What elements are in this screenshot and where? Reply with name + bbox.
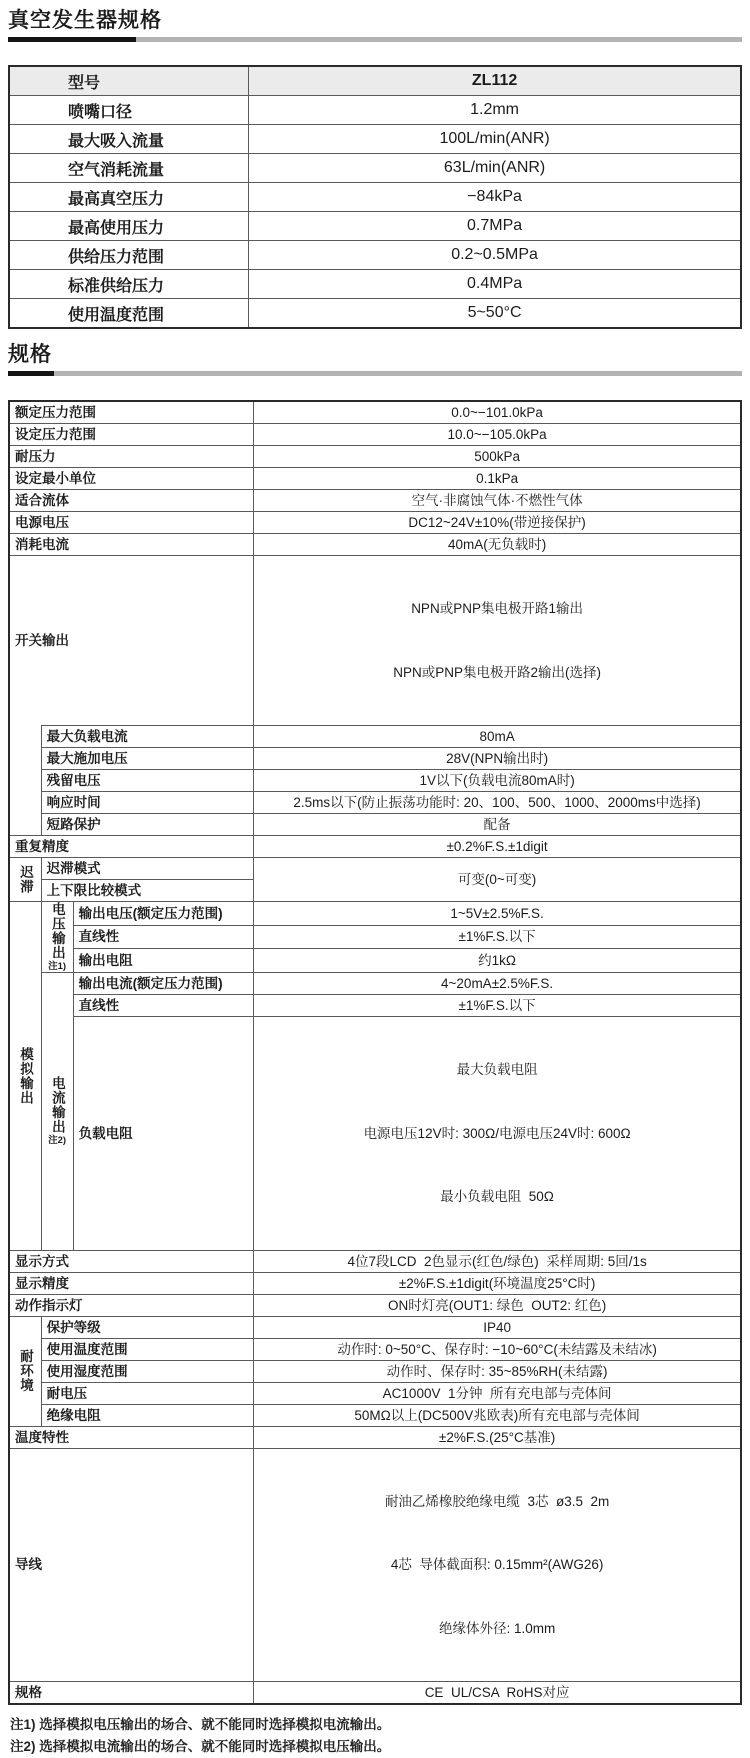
generator-section-title: 真空发生器规格	[8, 8, 742, 34]
table-row: 耐环境 保护等级 IP40	[9, 1316, 741, 1338]
table-row: 使用温度范围 动作时: 0~50°C、保存时: −10~60°C(未结露及未结冰…	[9, 1338, 741, 1360]
row-value-line: 耐油乙烯橡胶绝缘电缆 3芯 ø3.5 2m	[256, 1491, 738, 1513]
row-label: 最大施加电压	[41, 748, 254, 770]
row-value: AC1000V 1分钟 所有充电部与壳体间	[254, 1382, 741, 1404]
row-label: 绝缘电阻	[41, 1404, 254, 1426]
table-row: 最大施加电压 28V(NPN输出时)	[9, 748, 741, 770]
table-row: 显示精度 ±2%F.S.±1digit(环境温度25°C时)	[9, 1272, 741, 1294]
table-row: 显示方式 4位7段LCD 2色显示(红色/绿色) 采样周期: 5回/1s	[9, 1250, 741, 1272]
row-value: 动作时、保存时: 35~85%RH(未结露)	[254, 1360, 741, 1382]
row-label: 显示精度	[9, 1272, 254, 1294]
row-value: 0.0~−101.0kPa	[254, 401, 741, 424]
spec-title-rule-accent	[8, 371, 54, 376]
row-value: ON时灯亮(OUT1: 绿色 OUT2: 红色)	[254, 1294, 741, 1316]
table-row: 耐电压 AC1000V 1分钟 所有充电部与壳体间	[9, 1382, 741, 1404]
row-label: 使用温度范围	[9, 299, 249, 329]
row-label: 直线性	[73, 925, 254, 949]
row-label: 最大负载电流	[41, 726, 254, 748]
table-row: 重复精度 ±0.2%F.S.±1digit	[9, 836, 741, 858]
row-value: 0.4MPa	[249, 270, 741, 299]
table-row: 电源电压 DC12~24V±10%(带逆接保护)	[9, 512, 741, 534]
row-value: 耐油乙烯橡胶绝缘电缆 3芯 ø3.5 2m 4芯 导体截面积: 0.15mm²(…	[254, 1448, 741, 1682]
row-value-line: 最小负载电阻 50Ω	[256, 1186, 738, 1208]
row-label: 空气消耗流量	[9, 154, 249, 183]
row-value-line: NPN或PNP集电极开路1输出	[256, 598, 738, 620]
row-value: ±2%F.S.±1digit(环境温度25°C时)	[254, 1272, 741, 1294]
table-row: 温度特性 ±2%F.S.(25°C基准)	[9, 1426, 741, 1448]
row-label: 输出电阻	[73, 949, 254, 973]
switch-output-group-label: 开关输出	[9, 556, 254, 726]
row-value: 0.2~0.5MPa	[249, 241, 741, 270]
row-value: 最大负载电阻 电源电压12V时: 300Ω/电源电压24V时: 600Ω 最小负…	[254, 1017, 741, 1251]
row-value: CE UL/CSA RoHS对应	[254, 1682, 741, 1705]
row-value-line: 4芯 导体截面积: 0.15mm²(AWG26)	[256, 1554, 738, 1576]
row-label: 残留电压	[41, 770, 254, 792]
row-value: ±0.2%F.S.±1digit	[254, 836, 741, 858]
footnotes: 注1) 选择模拟电压输出的场合、就不能同时选择模拟电流输出。 注2) 选择模拟电…	[8, 1714, 742, 1758]
row-label: 消耗电流	[9, 534, 254, 556]
generator-title-rule	[8, 37, 742, 42]
table-row: 标准供给压力 0.4MPa	[9, 270, 741, 299]
row-value: 5~50°C	[249, 299, 741, 329]
generator-title-rule-accent	[8, 37, 136, 42]
switch-output-indent-strip	[9, 726, 41, 836]
row-label: 动作指示灯	[9, 1294, 254, 1316]
row-label: 迟滞模式	[41, 858, 254, 880]
row-label: 直线性	[73, 995, 254, 1017]
row-value: ±1%F.S.以下	[254, 925, 741, 949]
row-label: 短路保护	[41, 814, 254, 836]
row-value: ±1%F.S.以下	[254, 995, 741, 1017]
table-row: 短路保护 配备	[9, 814, 741, 836]
row-label: 标准供给压力	[9, 270, 249, 299]
row-label: 最高真空压力	[9, 183, 249, 212]
generator-spec-table: 型号 ZL112 喷嘴口径 1.2mm 最大吸入流量 100L/min(ANR)…	[8, 65, 742, 329]
footnote-note1: 注1) 选择模拟电压输出的场合、就不能同时选择模拟电流输出。	[10, 1714, 742, 1736]
row-label: 输出电流(额定压力范围)	[73, 973, 254, 995]
current-output-group-label: 电流输出 注2)	[41, 973, 73, 1251]
row-label: 响应时间	[41, 792, 254, 814]
table-row: 输出电阻 约1kΩ	[9, 949, 741, 973]
row-label: 温度特性	[9, 1426, 254, 1448]
row-label: 输出电压(额定压力范围)	[73, 902, 254, 926]
row-value-line: NPN或PNP集电极开路2输出(选择)	[256, 662, 738, 684]
table-row: 导线 耐油乙烯橡胶绝缘电缆 3芯 ø3.5 2m 4芯 导体截面积: 0.15m…	[9, 1448, 741, 1682]
row-label: 耐压力	[9, 446, 254, 468]
row-value: DC12~24V±10%(带逆接保护)	[254, 512, 741, 534]
row-value: 1~5V±2.5%F.S.	[254, 902, 741, 926]
table-row: 绝缘电阻 50MΩ以上(DC500V兆欧表)所有充电部与壳体间	[9, 1404, 741, 1426]
row-value: 40mA(无负载时)	[254, 534, 741, 556]
row-value: NPN或PNP集电极开路1输出 NPN或PNP集电极开路2输出(选择)	[254, 556, 741, 726]
row-label: 导线	[9, 1448, 254, 1682]
model-header-value: ZL112	[249, 66, 741, 96]
row-label: 重复精度	[9, 836, 254, 858]
table-row: 设定压力范围 10.0~−105.0kPa	[9, 424, 741, 446]
table-row: 喷嘴口径 1.2mm	[9, 96, 741, 125]
table-row: 供给压力范围 0.2~0.5MPa	[9, 241, 741, 270]
table-row: 型号 ZL112	[9, 66, 741, 96]
voltage-output-group-label: 电压输出 注1)	[41, 902, 73, 973]
note1-marker: 注1)	[48, 961, 66, 972]
row-label: 供给压力范围	[9, 241, 249, 270]
row-value: 4~20mA±2.5%F.S.	[254, 973, 741, 995]
row-value-line: 最大负载电阻	[256, 1059, 738, 1081]
row-value: 63L/min(ANR)	[249, 154, 741, 183]
row-value: 50MΩ以上(DC500V兆欧表)所有充电部与壳体间	[254, 1404, 741, 1426]
environment-group-label: 耐环境	[9, 1316, 41, 1426]
row-value: 2.5ms以下(防止振荡功能时: 20、100、500、1000、2000ms中…	[254, 792, 741, 814]
table-row: 动作指示灯 ON时灯亮(OUT1: 绿色 OUT2: 红色)	[9, 1294, 741, 1316]
table-row: 残留电压 1V以下(负载电流80mA时)	[9, 770, 741, 792]
row-value: 动作时: 0~50°C、保存时: −10~60°C(未结露及未结冰)	[254, 1338, 741, 1360]
note2-marker: 注2)	[48, 1135, 66, 1146]
table-row: 消耗电流 40mA(无负载时)	[9, 534, 741, 556]
table-row: 使用温度范围 5~50°C	[9, 299, 741, 329]
row-value: 约1kΩ	[254, 949, 741, 973]
row-value: 500kPa	[254, 446, 741, 468]
table-row: 空气消耗流量 63L/min(ANR)	[9, 154, 741, 183]
row-value: 0.7MPa	[249, 212, 741, 241]
row-label: 设定最小单位	[9, 468, 254, 490]
table-row: 最大吸入流量 100L/min(ANR)	[9, 125, 741, 154]
row-value: 空气·非腐蚀气体·不燃性气体	[254, 490, 741, 512]
row-label: 电源电压	[9, 512, 254, 534]
spec-section-title: 规格	[8, 342, 742, 368]
table-row: 负载电阻 最大负载电阻 电源电压12V时: 300Ω/电源电压24V时: 600…	[9, 1017, 741, 1251]
table-row: 耐压力 500kPa	[9, 446, 741, 468]
table-row: 响应时间 2.5ms以下(防止振荡功能时: 20、100、500、1000、20…	[9, 792, 741, 814]
row-value: 1.2mm	[249, 96, 741, 125]
row-label: 使用温度范围	[41, 1338, 254, 1360]
row-value: 80mA	[254, 726, 741, 748]
row-label: 规格	[9, 1682, 254, 1705]
row-value: 10.0~−105.0kPa	[254, 424, 741, 446]
row-label: 最大吸入流量	[9, 125, 249, 154]
row-value-line: 电源电压12V时: 300Ω/电源电压24V时: 600Ω	[256, 1123, 738, 1145]
table-row: 设定最小单位 0.1kPa	[9, 468, 741, 490]
row-value: ±2%F.S.(25°C基准)	[254, 1426, 741, 1448]
row-label: 适合流体	[9, 490, 254, 512]
row-label: 喷嘴口径	[9, 96, 249, 125]
row-value: −84kPa	[249, 183, 741, 212]
table-row: 适合流体 空气·非腐蚀气体·不燃性气体	[9, 490, 741, 512]
table-row: 电流输出 注2) 输出电流(额定压力范围) 4~20mA±2.5%F.S.	[9, 973, 741, 995]
row-value: 28V(NPN输出时)	[254, 748, 741, 770]
analog-output-group-label: 模拟输出	[9, 902, 41, 1251]
table-row: 直线性 ±1%F.S.以下	[9, 925, 741, 949]
table-row: 最大负载电流 80mA	[9, 726, 741, 748]
table-row: 使用湿度范围 动作时、保存时: 35~85%RH(未结露)	[9, 1360, 741, 1382]
table-row: 直线性 ±1%F.S.以下	[9, 995, 741, 1017]
row-value: 可变(0~可变)	[254, 858, 741, 902]
table-row: 额定压力范围 0.0~−101.0kPa	[9, 401, 741, 424]
row-value: 配备	[254, 814, 741, 836]
row-value: 4位7段LCD 2色显示(红色/绿色) 采样周期: 5回/1s	[254, 1250, 741, 1272]
hysteresis-group-label: 迟滞	[9, 858, 41, 902]
table-row: 规格 CE UL/CSA RoHS对应	[9, 1682, 741, 1705]
footnote-note2: 注2) 选择模拟电流输出的场合、就不能同时选择模拟电压输出。	[10, 1736, 742, 1758]
row-label: 设定压力范围	[9, 424, 254, 446]
table-row: 最高使用压力 0.7MPa	[9, 212, 741, 241]
spec-title-rule	[8, 371, 742, 376]
row-label: 显示方式	[9, 1250, 254, 1272]
row-label: 保护等级	[41, 1316, 254, 1338]
row-label: 最高使用压力	[9, 212, 249, 241]
row-value: 100L/min(ANR)	[249, 125, 741, 154]
table-row: 开关输出 NPN或PNP集电极开路1输出 NPN或PNP集电极开路2输出(选择)	[9, 556, 741, 726]
table-row: 最高真空压力 −84kPa	[9, 183, 741, 212]
table-row: 模拟输出 电压输出 注1) 输出电压(额定压力范围) 1~5V±2.5%F.S.	[9, 902, 741, 926]
row-label: 负载电阻	[73, 1017, 254, 1251]
row-value-line: 绝缘体外径: 1.0mm	[256, 1618, 738, 1640]
row-value: 0.1kPa	[254, 468, 741, 490]
row-label: 上下限比较模式	[41, 880, 254, 902]
detailed-spec-table: 额定压力范围 0.0~−101.0kPa 设定压力范围 10.0~−105.0k…	[8, 400, 742, 1705]
row-label: 使用湿度范围	[41, 1360, 254, 1382]
row-value: IP40	[254, 1316, 741, 1338]
row-value: 1V以下(负载电流80mA时)	[254, 770, 741, 792]
table-row: 迟滞 迟滞模式 可变(0~可变)	[9, 858, 741, 880]
model-header-label: 型号	[9, 66, 249, 96]
datasheet-page: 真空发生器规格 型号 ZL112 喷嘴口径 1.2mm 最大吸入流量 100L/…	[0, 0, 750, 1758]
row-label: 额定压力范围	[9, 401, 254, 424]
row-label: 耐电压	[41, 1382, 254, 1404]
